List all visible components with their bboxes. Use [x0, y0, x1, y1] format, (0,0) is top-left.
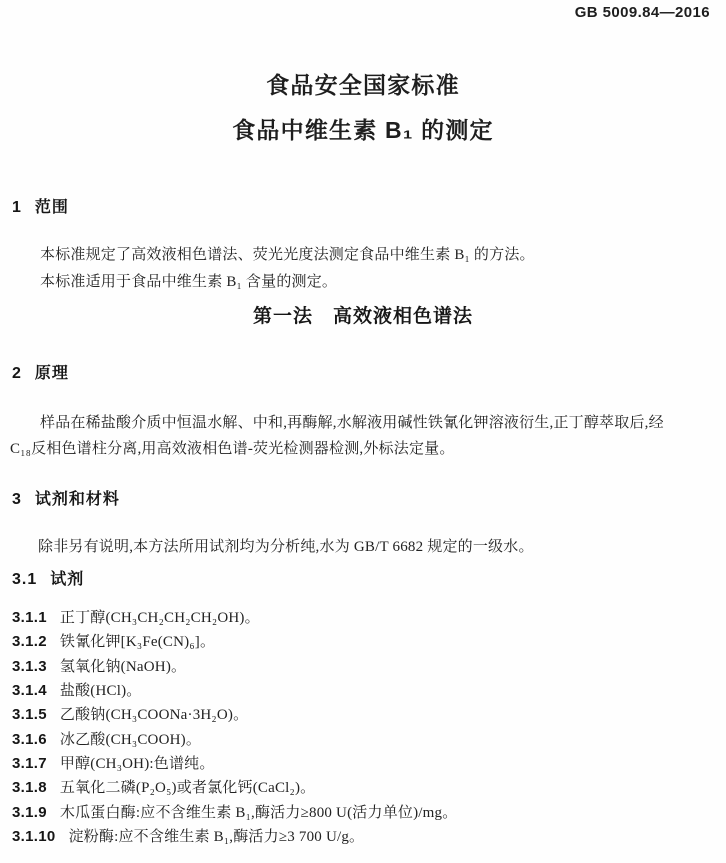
- clause-number: 3.1.1: [12, 609, 47, 626]
- reagents-intro-paragraph: 除非另有说明,本方法所用试剂均为分析纯,水为 GB/T 6682 规定的一级水。: [38, 539, 534, 556]
- section-heading-principle: 2原理: [12, 365, 69, 383]
- clause-number: 3.1.8: [12, 779, 47, 796]
- clause-text: 正丁醇(CH₃CH₂CH₂CH₂OH)。: [60, 610, 260, 626]
- principle-paragraph-line-2: C₁₈反相色谱柱分离,用高效液相色谱-荧光检测器检测,外标法定量。: [10, 441, 455, 458]
- reagent-item: 3.1.7甲醇(CH₃OH):色谱纯。: [12, 755, 215, 773]
- section-number: 2: [12, 365, 22, 382]
- reagent-item: 3.1.2铁氰化钾[K₃Fe(CN)₆]。: [12, 633, 215, 651]
- scope-paragraph-1: 本标准规定了高效液相色谱法、荧光光度法测定食品中维生素 B₁ 的方法。: [40, 247, 535, 264]
- reagent-item: 3.1.3氢氧化钠(NaOH)。: [12, 658, 186, 676]
- reagent-item: 3.1.9木瓜蛋白酶:应不含维生素 B₁,酶活力≥800 U(活力单位)/mg。: [12, 804, 457, 822]
- clause-text: 氢氧化钠(NaOH)。: [60, 659, 186, 675]
- clause-text: 冰乙酸(CH₃COOH)。: [60, 732, 201, 748]
- clause-text: 乙酸钠(CH₃COONa·3H₂O)。: [60, 707, 248, 723]
- clause-number: 3.1.3: [12, 658, 47, 675]
- clause-number: 3.1.7: [12, 755, 47, 772]
- section-number: 1: [12, 199, 22, 216]
- clause-number: 3.1.2: [12, 633, 47, 650]
- reagent-item: 3.1.1正丁醇(CH₃CH₂CH₂CH₂OH)。: [12, 609, 260, 627]
- clause-text: 淀粉酶:应不含维生素 B₁,酶活力≥3 700 U/g。: [69, 829, 365, 845]
- section-label: 范围: [35, 199, 69, 216]
- standard-number: GB 5009.84—2016: [575, 4, 710, 21]
- document-title: 食品安全国家标准: [0, 72, 726, 98]
- subsection-heading-reagents: 3.1试剂: [12, 571, 84, 589]
- scope-paragraph-2: 本标准适用于食品中维生素 B₁ 含量的测定。: [40, 274, 337, 291]
- section-label: 试剂和材料: [35, 491, 120, 508]
- section-label: 原理: [35, 365, 69, 382]
- section-heading-reagents: 3试剂和材料: [12, 491, 120, 509]
- section-number: 3: [12, 491, 22, 508]
- section-heading-scope: 1范围: [12, 199, 69, 217]
- clause-number: 3.1.6: [12, 731, 47, 748]
- reagent-item: 3.1.8五氧化二磷(P₂O₅)或者氯化钙(CaCl₂)。: [12, 779, 315, 797]
- document-page: GB 5009.84—2016 食品安全国家标准 食品中维生素 B₁ 的测定 1…: [0, 0, 726, 863]
- clause-number: 3.1.4: [12, 682, 47, 699]
- subsection-label: 试剂: [50, 571, 84, 588]
- clause-text: 甲醇(CH₃OH):色谱纯。: [60, 756, 215, 772]
- clause-number: 3.1.9: [12, 804, 47, 821]
- clause-number: 3.1.10: [12, 828, 56, 845]
- method-1-heading: 第一法 高效液相色谱法: [0, 306, 726, 328]
- reagent-item: 3.1.10淀粉酶:应不含维生素 B₁,酶活力≥3 700 U/g。: [12, 828, 364, 846]
- reagent-item: 3.1.4盐酸(HCl)。: [12, 682, 141, 700]
- clause-text: 木瓜蛋白酶:应不含维生素 B₁,酶活力≥800 U(活力单位)/mg。: [60, 805, 458, 821]
- subsection-number: 3.1: [12, 571, 37, 588]
- clause-number: 3.1.5: [12, 706, 47, 723]
- reagent-item: 3.1.5乙酸钠(CH₃COONa·3H₂O)。: [12, 706, 248, 724]
- document-subtitle: 食品中维生素 B₁ 的测定: [0, 117, 726, 143]
- reagent-item: 3.1.6冰乙酸(CH₃COOH)。: [12, 731, 201, 749]
- clause-text: 铁氰化钾[K₃Fe(CN)₆]。: [60, 634, 215, 650]
- principle-paragraph-line-1: 样品在稀盐酸介质中恒温水解、中和,再酶解,水解液用碱性铁氰化钾溶液衍生,正丁醇萃…: [40, 415, 664, 432]
- clause-text: 五氧化二磷(P₂O₅)或者氯化钙(CaCl₂)。: [60, 780, 315, 796]
- clause-text: 盐酸(HCl)。: [60, 683, 142, 699]
